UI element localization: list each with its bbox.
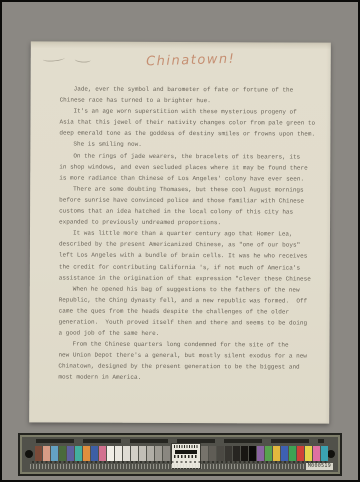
color-patch (209, 446, 216, 461)
color-patch (155, 446, 162, 461)
text-line: She is smiling now. (59, 139, 315, 151)
color-patch (51, 446, 58, 461)
color-patch (305, 446, 312, 461)
typed-text-body: Jade, ever the symbol and barometer of f… (58, 83, 315, 384)
color-patch (91, 446, 98, 461)
patch-group-left (35, 446, 171, 461)
scanner-background: Chinatown! Jade, ever the symbol and bar… (2, 2, 358, 480)
color-patch (43, 446, 50, 461)
color-patch (273, 446, 280, 461)
text-line: the credit for contributing California '… (59, 261, 315, 273)
color-patch (131, 446, 138, 461)
color-patch-row (35, 446, 328, 461)
text-line: in shop windows, and even secluded place… (59, 161, 315, 173)
color-patch (75, 446, 82, 461)
text-line: most modern in America. (58, 372, 314, 384)
color-patch (241, 446, 248, 461)
calibration-micro-text (32, 461, 328, 463)
patch-group-right (201, 446, 329, 461)
color-patch (147, 446, 154, 461)
color-calibration-bar: M000519 (20, 435, 340, 474)
color-patch (249, 446, 256, 461)
color-patch (139, 446, 146, 461)
color-patch (201, 446, 208, 461)
color-patch (123, 446, 130, 461)
text-line: is more radiance than Chinese of Los Ang… (59, 172, 315, 184)
text-line: On the rings of jade wearers, the bracel… (59, 150, 315, 162)
color-patch (59, 446, 66, 461)
color-patch (217, 446, 224, 461)
color-patch (99, 446, 106, 461)
resolution-grid (174, 455, 198, 458)
text-line: left Los Angeles with a bundle of brain … (59, 250, 315, 262)
calibration-top-bars (36, 439, 324, 443)
color-patch (265, 446, 272, 461)
color-patch (115, 446, 122, 461)
color-patch (289, 446, 296, 461)
text-line: assistance in the origination of that ex… (59, 272, 315, 284)
color-patch (313, 446, 320, 461)
handwritten-title: Chinatown! (51, 49, 331, 73)
color-patch (163, 446, 170, 461)
color-patch (297, 446, 304, 461)
resolution-bar (175, 450, 197, 454)
color-patch (67, 446, 74, 461)
color-patch (83, 446, 90, 461)
registration-dot-left (25, 450, 33, 458)
color-patch (321, 446, 328, 461)
calibration-ruler-ticks (30, 464, 330, 469)
color-patch (107, 446, 114, 461)
scan-id-label: M000519 (306, 463, 333, 470)
color-patch (257, 446, 264, 461)
color-patch (225, 446, 232, 461)
color-patch (35, 446, 42, 461)
text-line: When he opened his bag of suggestions to… (59, 283, 315, 295)
color-patch (281, 446, 288, 461)
resolution-stripes (174, 445, 198, 448)
document-page: Chinatown! Jade, ever the symbol and bar… (29, 41, 331, 423)
color-patch (233, 446, 240, 461)
